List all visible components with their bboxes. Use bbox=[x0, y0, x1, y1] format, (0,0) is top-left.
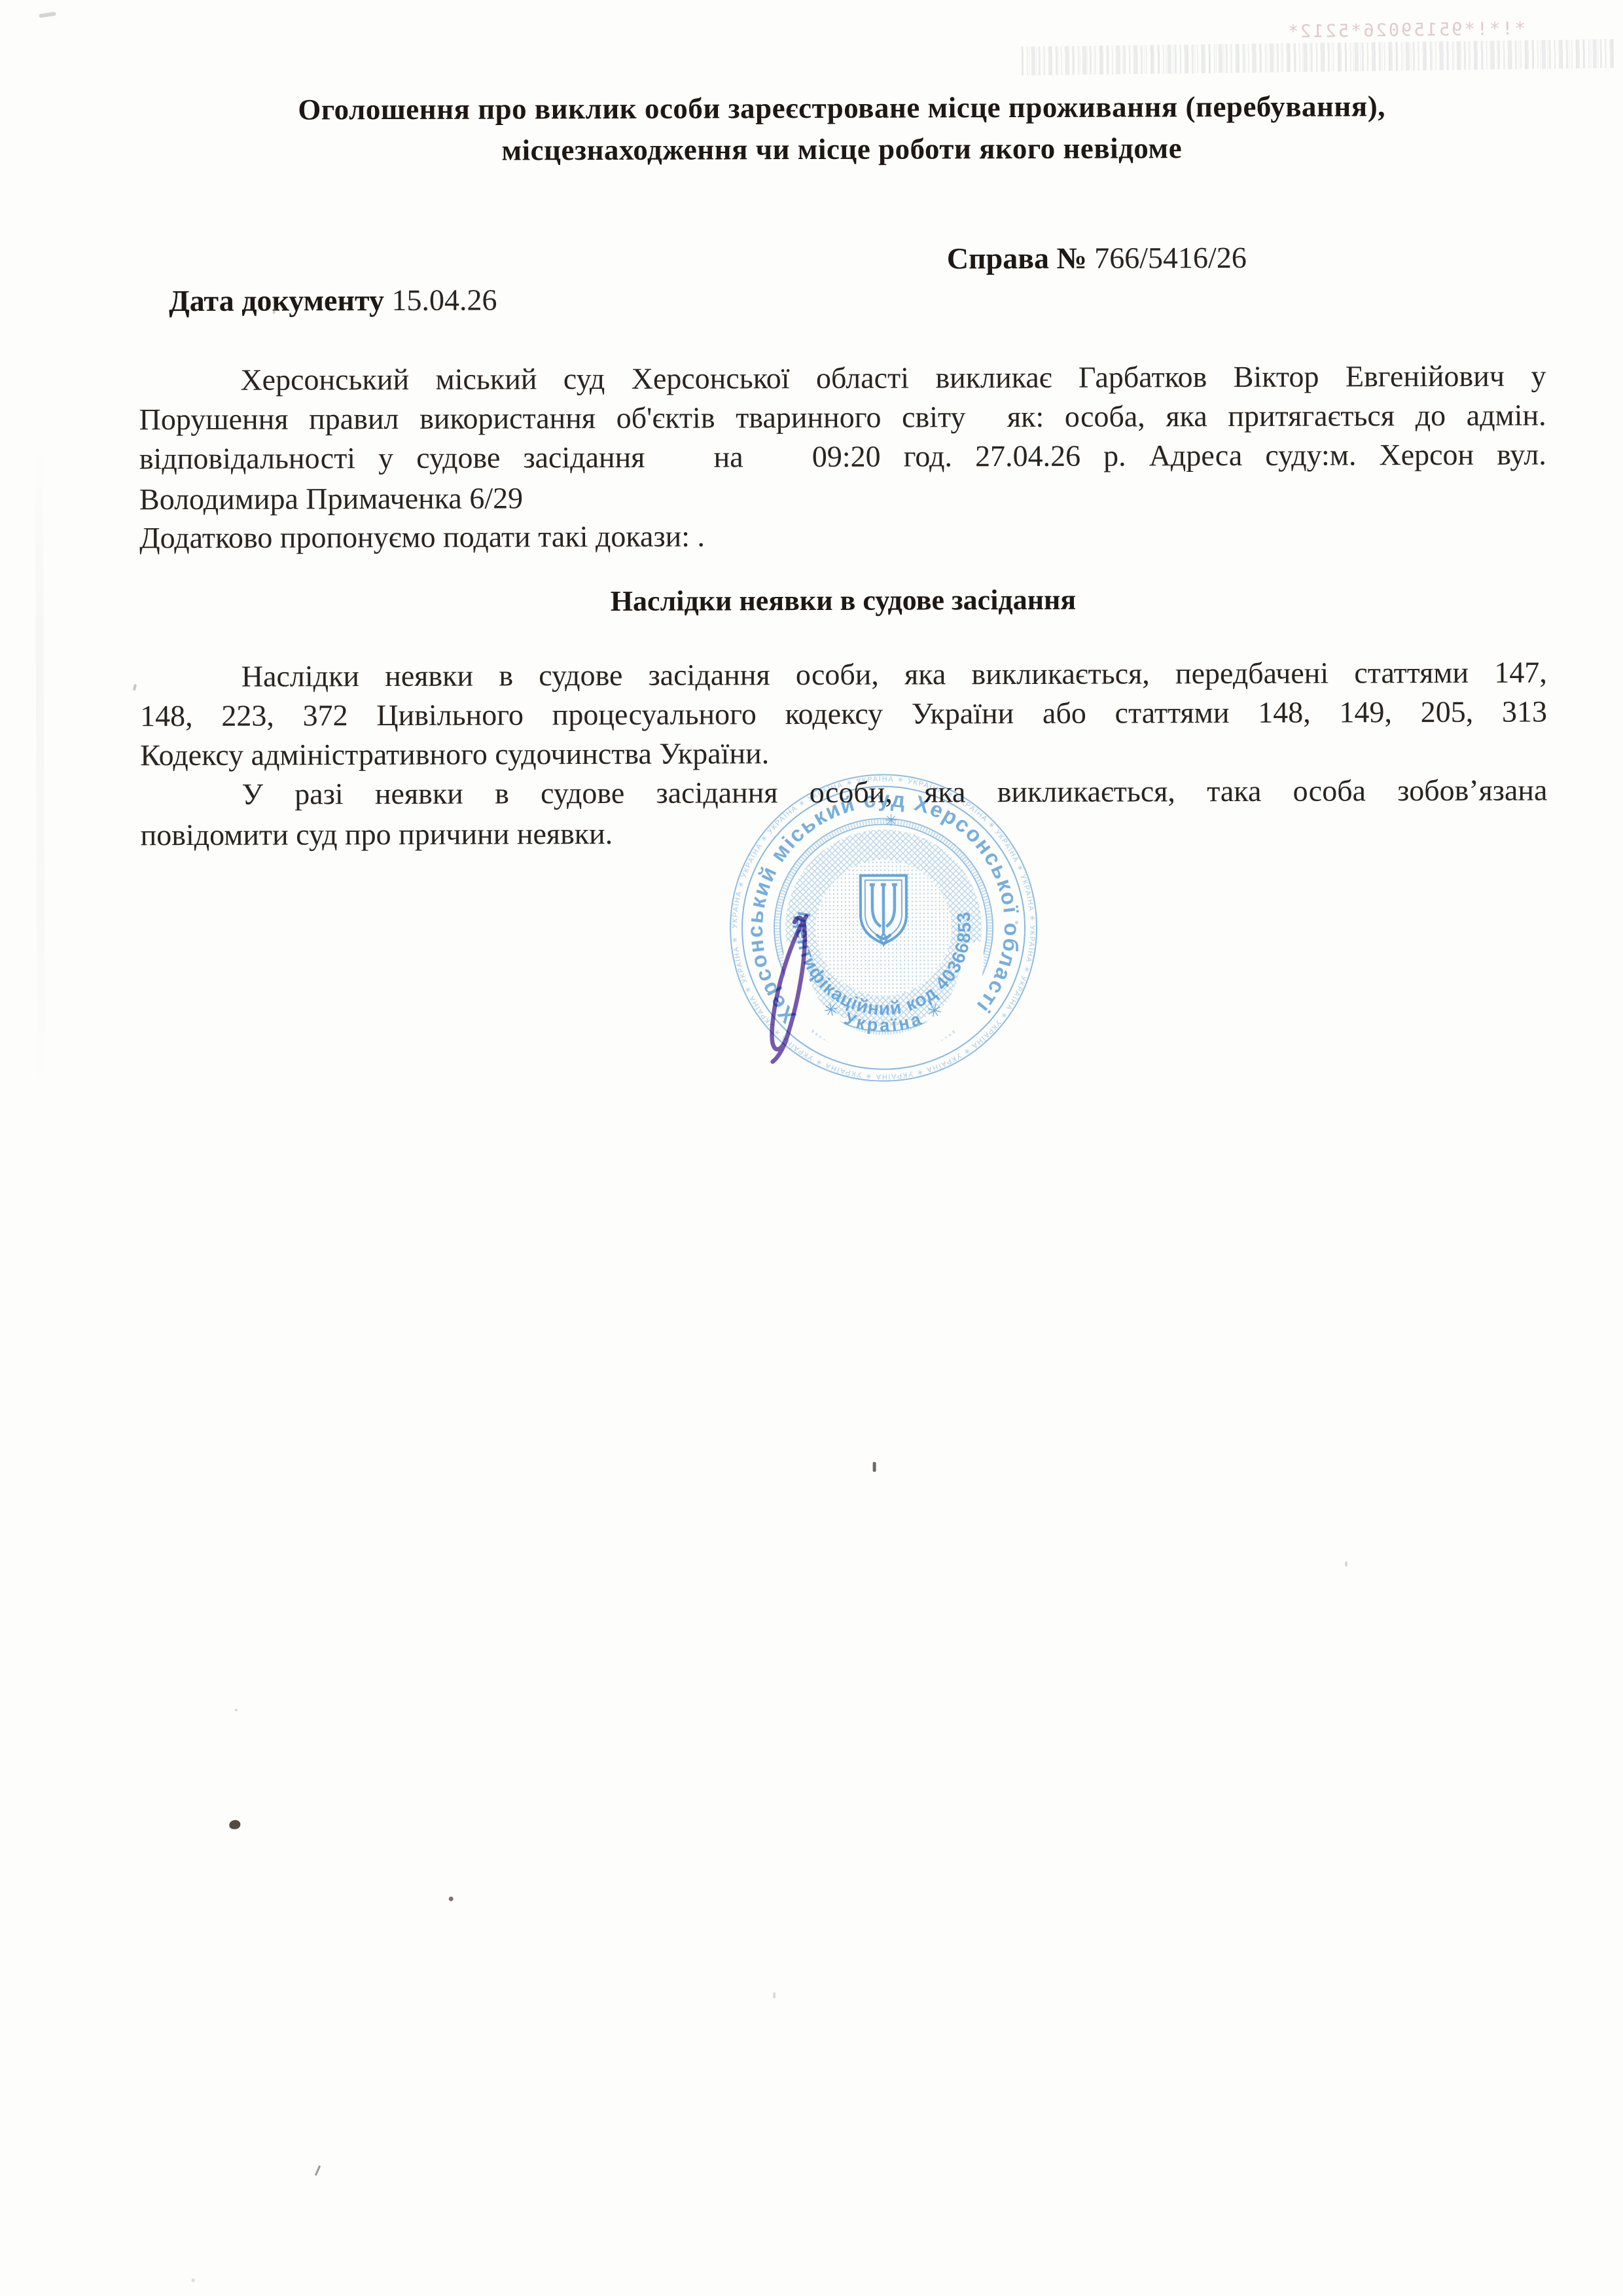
scan-speck bbox=[39, 12, 56, 18]
meta-row: Дата документу 15.04.26 Справа № 766/541… bbox=[139, 236, 1546, 281]
scan-speck bbox=[449, 1897, 454, 1901]
scanned-court-document: { "title": { "line1": "Оголошення про ви… bbox=[0, 0, 1623, 2296]
scan-speck bbox=[133, 684, 137, 691]
scan-speck bbox=[235, 1709, 238, 1712]
document-title-line2: місцезнаходження чи місце роботи якого н… bbox=[138, 127, 1545, 171]
document-page: *!*!*95159026*5212* Оголошення про викли… bbox=[0, 0, 1623, 2296]
case-field: Справа № 766/5416/26 bbox=[947, 238, 1247, 278]
bleedthrough-barcode bbox=[1022, 39, 1614, 76]
case-label: Справа № bbox=[947, 242, 1087, 276]
paragraph2-line: 148, 223, 372 Цивільного процесуального … bbox=[140, 691, 1547, 736]
paragraph1-line: Володимира Примаченка 6/29 bbox=[139, 475, 1546, 519]
scan-speck bbox=[315, 2165, 321, 2176]
bleedthrough-code-text: *!*!*95159026*5212* bbox=[1244, 18, 1525, 43]
paragraph1-line: Додатково пропонуємо подати такі докази:… bbox=[139, 513, 1546, 558]
scan-speck bbox=[773, 1992, 776, 1998]
date-label: Дата документу bbox=[169, 283, 384, 317]
date-value: 15.04.26 bbox=[384, 283, 497, 317]
document-title-line1: Оголошення про виклик особи зареєстрован… bbox=[138, 86, 1545, 130]
scan-speck bbox=[229, 1820, 240, 1829]
scan-speck bbox=[873, 1462, 876, 1472]
date-field: Дата документу 15.04.26 bbox=[169, 283, 497, 318]
case-number: 766/5416/26 bbox=[1087, 241, 1247, 275]
scan-speck bbox=[192, 2278, 195, 2282]
signature-stroke bbox=[726, 770, 1041, 1086]
paragraph1-line: Порушення правил використання об'єктів т… bbox=[139, 395, 1546, 439]
paragraph2-line: Наслідки неявки в судове засідання особи… bbox=[140, 652, 1547, 696]
scanner-streak bbox=[35, 448, 45, 1089]
section-heading: Наслідки неявки в судове засідання bbox=[139, 578, 1546, 622]
paragraph1-line: відповідальності у судове засідання на 0… bbox=[139, 434, 1546, 478]
paragraph1-line: Херсонський міський суд Херсонської обла… bbox=[139, 355, 1546, 400]
scan-speck bbox=[1345, 1561, 1347, 1566]
paragraph2-line: Кодексу адміністративного судочинства Ук… bbox=[140, 730, 1547, 775]
